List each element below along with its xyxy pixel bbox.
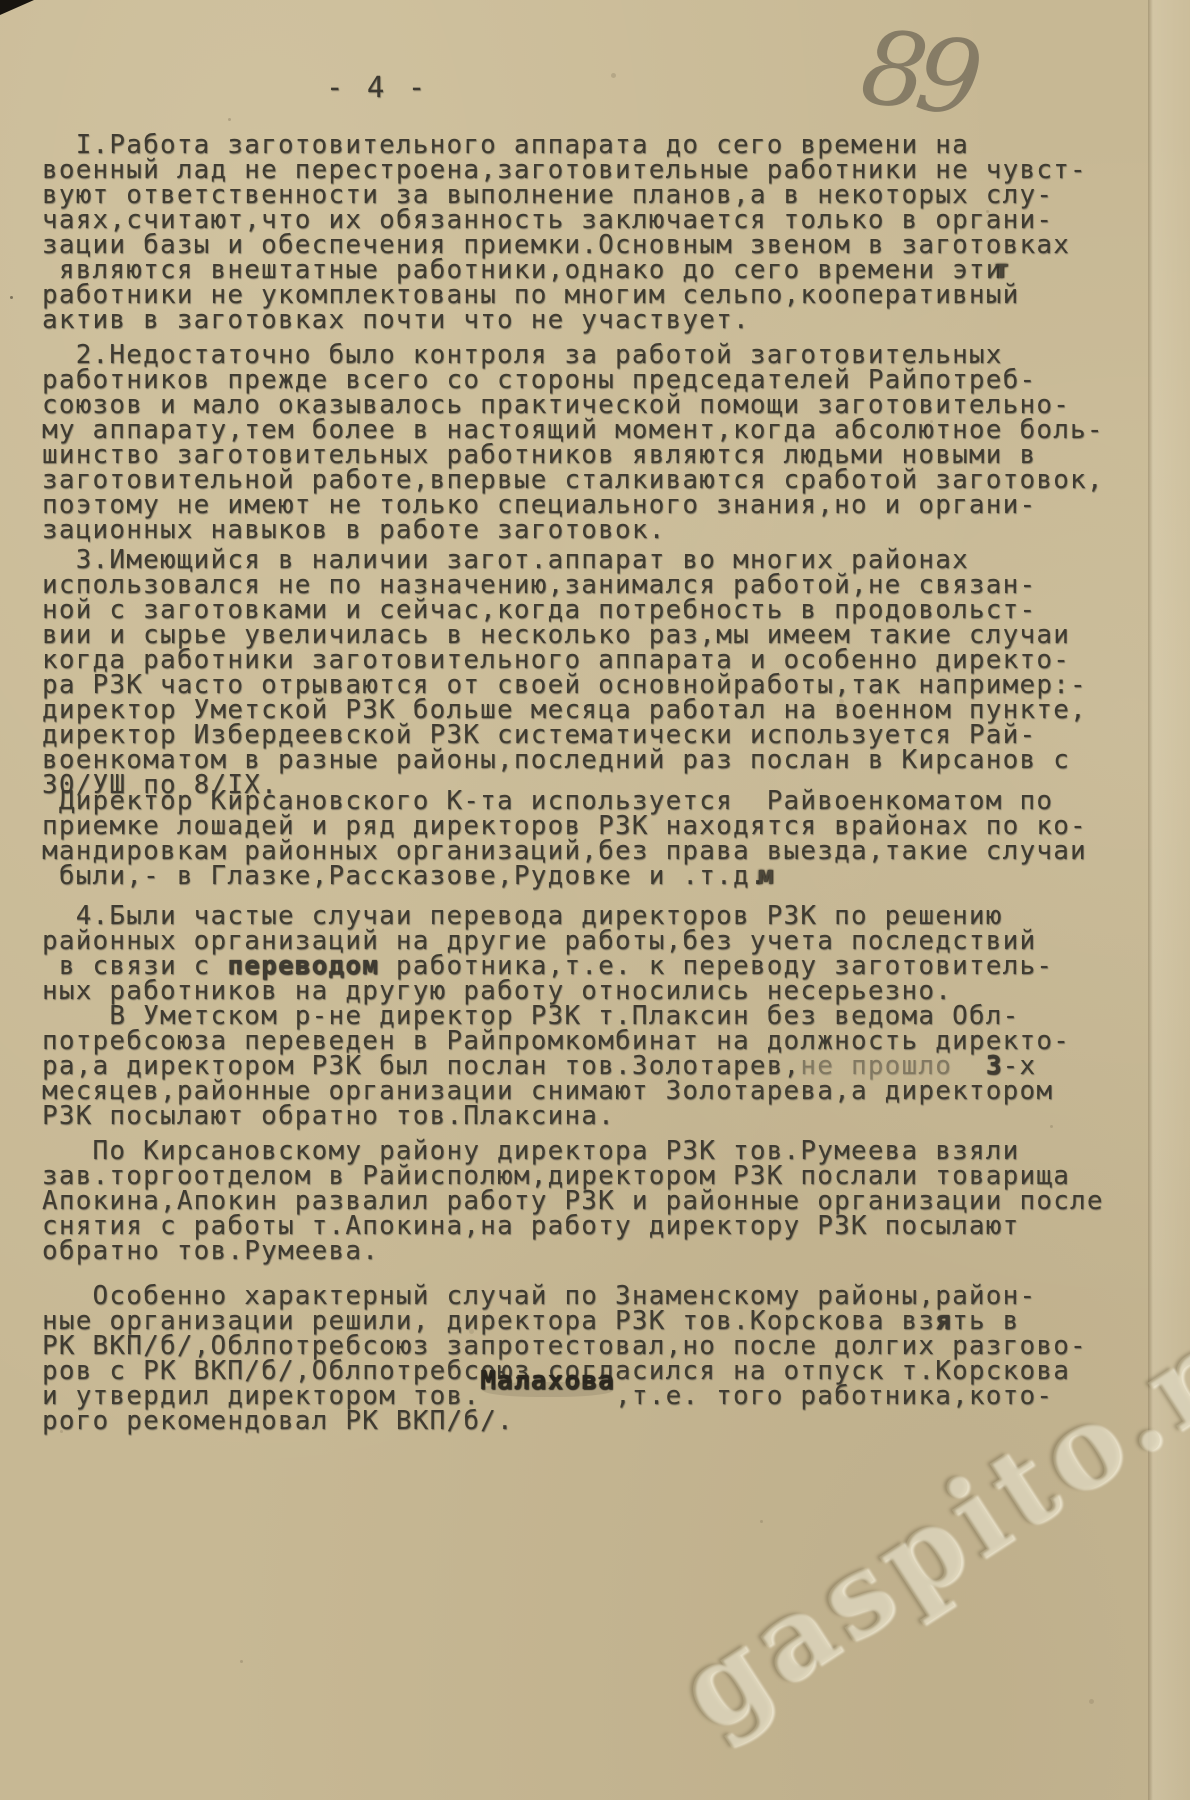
text-line: зационных навыков в работе заготовок.	[42, 518, 1132, 543]
handwritten-page-number: 89	[855, 8, 978, 139]
paragraph: I.Работа заготовительного аппарата до се…	[42, 133, 1132, 333]
scanned-page: - 4 - 89 I.Работа заготовительного аппар…	[0, 0, 1190, 1800]
paragraph: По Кирсановскому району директора РЗК то…	[42, 1139, 1132, 1264]
page-number: - 4 -	[326, 70, 428, 104]
text-line: РЗК посылают обратно тов.Плаксина.	[42, 1104, 1132, 1129]
paper-speckles	[0, 0, 3, 3]
paragraph: Директор Кирсановского К-та используется…	[42, 789, 1132, 889]
paragraph: 3.Имеющийся в наличии загот.аппарат во м…	[42, 548, 1132, 798]
text-line: рого рекомендовал РК ВКП/б/.	[42, 1409, 1132, 1434]
paragraph: 2.Недостаточно было контроля за работой …	[42, 343, 1132, 543]
paragraph: 4.Были частые случаи перевода директоров…	[42, 904, 1132, 1129]
paragraph: Особенно характерный случай по Знаменско…	[42, 1284, 1132, 1434]
paper-edge	[1148, 0, 1190, 1800]
text-line: актив в заготовках почти что не участвуе…	[42, 308, 1132, 333]
text-line: обратно тов.Румеева.	[42, 1239, 1132, 1264]
typewritten-text: I.Работа заготовительного аппарата до се…	[42, 133, 1132, 1434]
text-line: были,- в Глазке,Рассказове,Рудовке и .т.…	[42, 864, 1132, 889]
scan-corner-shadow	[0, 0, 34, 15]
